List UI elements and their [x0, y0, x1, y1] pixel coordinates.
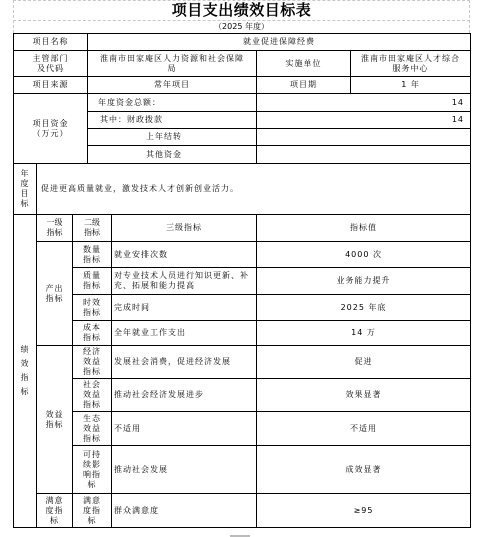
table-row: 社会效益指标 推动社会经济发展进步 效果显著: [14, 379, 471, 412]
level2-text: 社会效益指标: [83, 380, 101, 410]
level2-text: 生态效益指标: [83, 414, 101, 444]
source-value: 常年项目: [88, 77, 257, 94]
level2-text: 成本指标: [83, 323, 101, 343]
level2-cell: 社会效益指标: [73, 379, 112, 412]
row-indicator-header: 绩效指标 一级指标 二级指标 三级指标 指标值: [14, 215, 471, 242]
table-row: 满意度指标 满意度指标 群众满意度 ≥95: [14, 494, 471, 528]
annual-goal-label: 年度目标: [14, 164, 37, 215]
fund-carryover-value: [257, 129, 471, 146]
period-label: 项目期: [257, 77, 351, 94]
value-cell: 2025 年底: [257, 295, 471, 321]
value-cell: 效果显著: [257, 379, 471, 412]
level3-cell: 推动社会经济发展进步: [112, 379, 257, 412]
level3-cell: 就业安排次数: [112, 242, 257, 268]
unit-value-text: 淮南市田家庵区人才综合服务中心: [359, 54, 463, 74]
level1-output: 产出指标: [37, 242, 73, 346]
level2-text: 满意度指标: [83, 496, 101, 526]
fund-carryover-label: 上年结转: [88, 129, 257, 146]
level2-cell: 成本指标: [73, 321, 112, 346]
level2-text: 数量指标: [83, 245, 101, 265]
fund-other-value: [257, 146, 471, 164]
value-cell: 成效显著: [257, 446, 471, 494]
fund-fiscal-label: 其中：财政拨款: [88, 112, 257, 129]
table-row: 生态效益指标 不适用 不适用: [14, 412, 471, 446]
dept-label: 主管部门及代码: [14, 51, 88, 77]
level2-cell: 满意度指标: [73, 494, 112, 528]
table-row: 时效指标 完成时间 2025 年底: [14, 295, 471, 321]
page-title: 项目支出绩效目标表: [13, 1, 470, 20]
annual-goal-text: 促进更高质量就业，激发技术人才创新创业活力。: [37, 164, 471, 215]
header-level1-text: 一级指标: [45, 218, 65, 238]
fund-fiscal-value: 14: [257, 112, 471, 129]
page-subtitle: （2025 年度）: [13, 20, 470, 33]
value-cell: 14 万: [257, 321, 471, 346]
level2-text: 时效指标: [83, 298, 101, 318]
performance-target-table: 项目名称 就业促进保障经费 主管部门及代码 淮南市田家庵区人力资源和社会保障局 …: [13, 33, 471, 528]
dept-label-text: 主管部门及代码: [29, 54, 73, 74]
level1-benefit: 效益指标: [37, 346, 73, 494]
dept-value-text: 淮南市田家庵区人力资源和社会保障局: [97, 54, 247, 74]
value-cell: ≥95: [257, 494, 471, 528]
level2-cell: 经济效益指标: [73, 346, 112, 379]
level3-cell: 推动社会发展: [112, 446, 257, 494]
level3-cell: 不适用: [112, 412, 257, 446]
fund-total-value: 14: [257, 94, 471, 112]
level3-cell: 群众满意度: [112, 494, 257, 528]
unit-value: 淮南市田家庵区人才综合服务中心: [351, 51, 471, 77]
row-annual-goal: 年度目标 促进更高质量就业，激发技术人才创新创业活力。: [14, 164, 471, 215]
table-row: 成本指标 全年就业工作支出 14 万: [14, 321, 471, 346]
level2-text: 经济效益指标: [83, 347, 101, 377]
table-row: 质量指标 对专业技术人员进行知识更新、补充、拓展和能力提高 业务能力提升: [14, 268, 471, 295]
row-project-name: 项目名称 就业促进保障经费: [14, 34, 471, 51]
level1-satisfaction-text: 满意度指标: [46, 496, 64, 526]
row-fund-total: 项目资金（万元） 年度资金总额： 14: [14, 94, 471, 112]
unit-label: 实施单位: [257, 51, 351, 77]
level2-text: 质量指标: [83, 271, 101, 291]
value-cell: 促进: [257, 346, 471, 379]
row-department: 主管部门及代码 淮南市田家庵区人力资源和社会保障局 实施单位 淮南市田家庵区人才…: [14, 51, 471, 77]
level3-cell: 完成时间: [112, 295, 257, 321]
header-value: 指标值: [257, 215, 471, 242]
value-cell: 不适用: [257, 412, 471, 446]
table-row: 可持续影响指标 推动社会发展 成效显著: [14, 446, 471, 494]
level2-cell: 生态效益指标: [73, 412, 112, 446]
table-row: 效益指标 经济效益指标 发展社会消费，促进经济发展 促进: [14, 346, 471, 379]
dept-value: 淮南市田家庵区人力资源和社会保障局: [88, 51, 257, 77]
header-level2: 二级指标: [73, 215, 112, 242]
value-cell: 业务能力提升: [257, 268, 471, 295]
level1-benefit-text: 效益指标: [44, 410, 66, 430]
level3-cell: 发展社会消费，促进经济发展: [112, 346, 257, 379]
level2-cell: 时效指标: [73, 295, 112, 321]
project-name-value: 就业促进保障经费: [88, 34, 471, 51]
level3-cell: 对专业技术人员进行知识更新、补充、拓展和能力提高: [112, 268, 257, 295]
value-cell: 4000 次: [257, 242, 471, 268]
funds-label: 项目资金（万元）: [14, 94, 88, 164]
indicators-section-label-text: 绩效指标: [21, 343, 30, 399]
level3-cell: 全年就业工作支出: [112, 321, 257, 346]
level2-cell: 数量指标: [73, 242, 112, 268]
indicators-section-label: 绩效指标: [14, 215, 37, 528]
level2-cell: 可持续影响指标: [73, 446, 112, 494]
header-level2-text: 二级指标: [82, 218, 102, 238]
funds-label-text: 项目资金（万元）: [31, 119, 71, 139]
fund-total-label: 年度资金总额：: [88, 94, 257, 112]
level2-cell: 质量指标: [73, 268, 112, 295]
level2-text: 可持续影响指标: [83, 450, 101, 490]
project-name-label: 项目名称: [14, 34, 88, 51]
level1-output-text: 产出指标: [44, 284, 66, 304]
header-level1: 一级指标: [37, 215, 73, 242]
annual-goal-label-text: 年度目标: [21, 169, 30, 209]
row-source: 项目来源 常年项目 项目期 1 年: [14, 77, 471, 94]
source-label: 项目来源: [14, 77, 88, 94]
period-value: 1 年: [351, 77, 471, 94]
level1-satisfaction: 满意度指标: [37, 494, 73, 528]
header-level3: 三级指标: [112, 215, 257, 242]
table-row: 产出指标 数量指标 就业安排次数 4000 次: [14, 242, 471, 268]
fund-other-label: 其他资金: [88, 146, 257, 164]
